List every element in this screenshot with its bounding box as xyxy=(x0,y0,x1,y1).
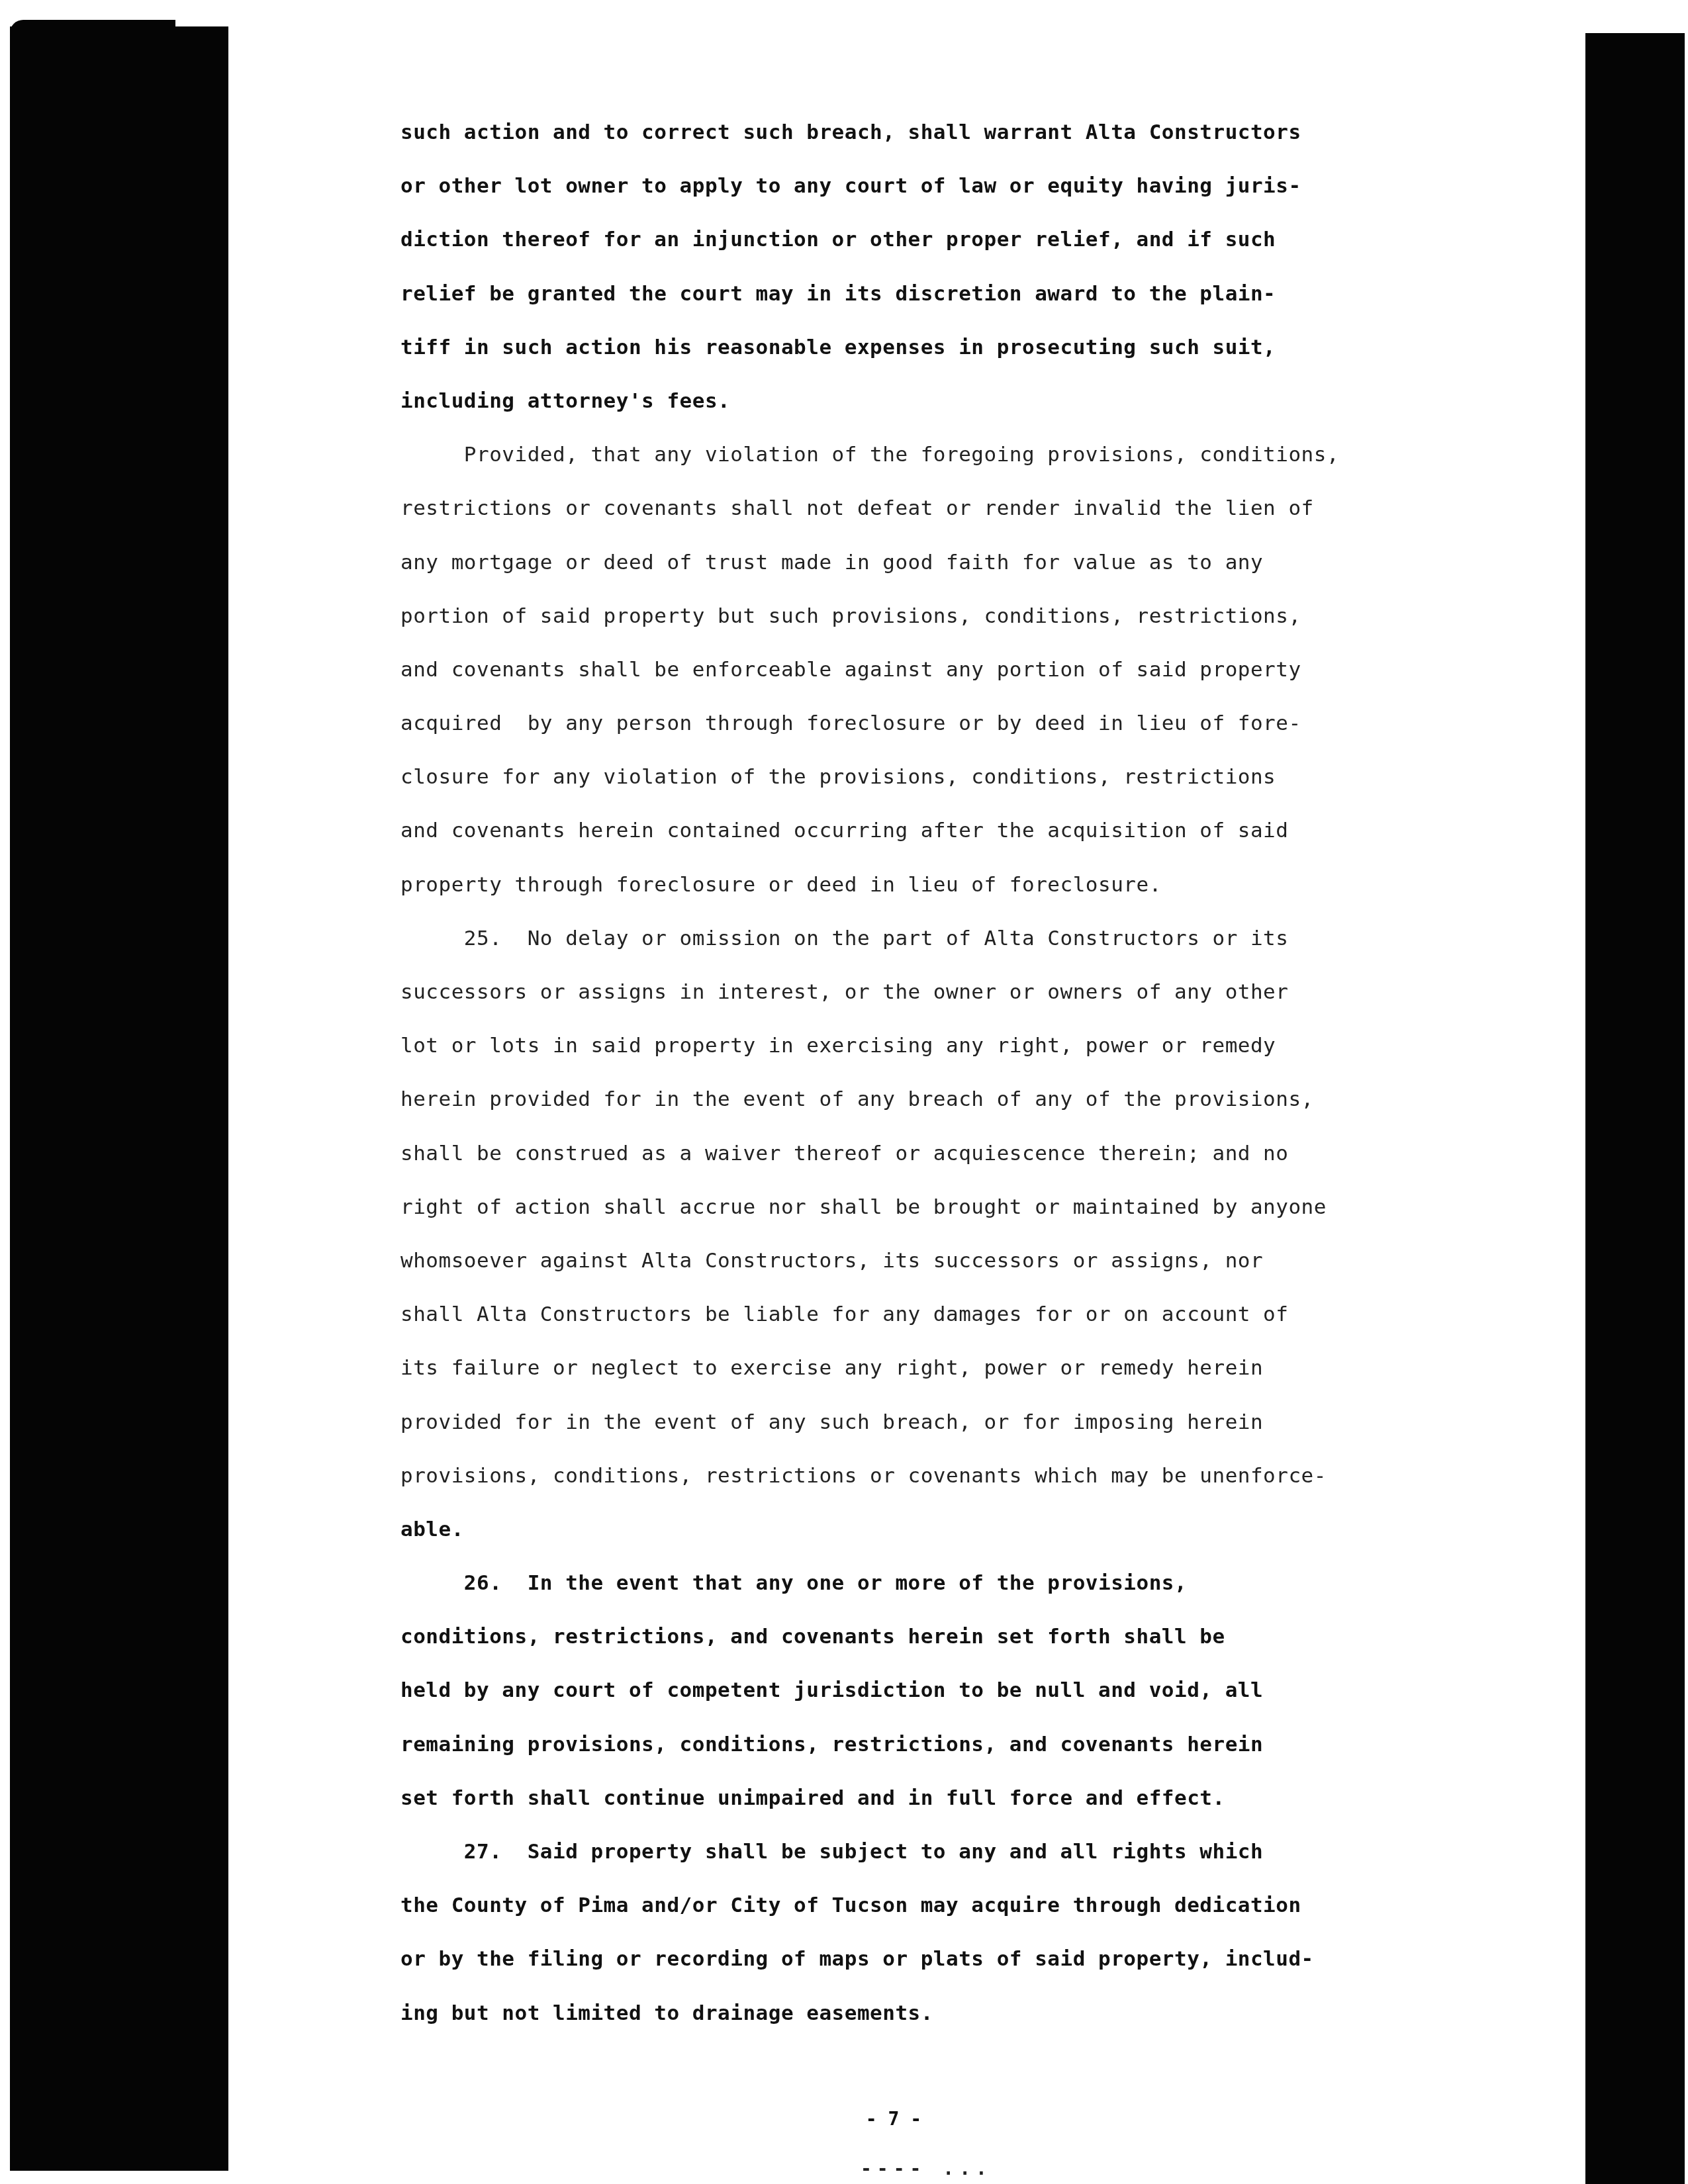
text-line: tiff in such action his reasonable expen… xyxy=(400,321,1433,375)
text-line: diction thereof for an injunction or oth… xyxy=(400,213,1433,267)
text-line: set forth shall continue unimpaired and … xyxy=(400,1772,1433,1825)
text-line: Provided, that any violation of the fore… xyxy=(400,428,1433,482)
text-line: or by the filing or recording of maps or… xyxy=(400,1933,1433,1986)
text-line: or other lot owner to apply to any court… xyxy=(400,159,1433,213)
text-line: and covenants shall be enforceable again… xyxy=(400,643,1433,697)
page-number: - 7 - xyxy=(827,2108,960,2130)
text-line: its failure or neglect to exercise any r… xyxy=(400,1342,1433,1395)
text-line: conditions, restrictions, and covenants … xyxy=(400,1610,1433,1664)
text-line: restrictions or covenants shall not defe… xyxy=(400,482,1433,535)
text-line: 27. Said property shall be subject to an… xyxy=(400,1825,1433,1879)
text-line: acquired by any person through foreclosu… xyxy=(400,697,1433,751)
text-line: whomsoever against Alta Constructors, it… xyxy=(400,1234,1433,1288)
text-line: property through foreclosure or deed in … xyxy=(400,858,1433,912)
scan-border-left xyxy=(10,26,228,2171)
text-line: the County of Pima and/or City of Tucson… xyxy=(400,1879,1433,1933)
text-line: portion of said property but such provis… xyxy=(400,590,1433,643)
text-line: right of action shall accrue nor shall b… xyxy=(400,1181,1433,1234)
text-line: able. xyxy=(400,1503,1433,1557)
text-line: provisions, conditions, restrictions or … xyxy=(400,1449,1433,1503)
text-line: provided for in the event of any such br… xyxy=(400,1396,1433,1449)
footer-mark: ---- ... xyxy=(861,2158,1112,2179)
text-line: shall Alta Constructors be liable for an… xyxy=(400,1288,1433,1342)
text-line: lot or lots in said property in exercisi… xyxy=(400,1019,1433,1073)
scan-border-right xyxy=(1585,33,1685,2184)
document-body: such action and to correct such breach, … xyxy=(400,106,1433,2040)
text-line: including attorney's fees. xyxy=(400,375,1433,428)
text-line: relief be granted the court may in its d… xyxy=(400,267,1433,321)
text-line: remaining provisions, conditions, restri… xyxy=(400,1718,1433,1772)
text-line: such action and to correct such breach, … xyxy=(400,106,1433,159)
text-line: successors or assigns in interest, or th… xyxy=(400,966,1433,1019)
text-line: shall be construed as a waiver thereof o… xyxy=(400,1127,1433,1181)
text-line: 25. No delay or omission on the part of … xyxy=(400,912,1433,966)
text-line: ing but not limited to drainage easement… xyxy=(400,1987,1433,2040)
text-line: closure for any violation of the provisi… xyxy=(400,751,1433,804)
text-line: herein provided for in the event of any … xyxy=(400,1073,1433,1126)
text-line: held by any court of competent jurisdict… xyxy=(400,1664,1433,1717)
text-line: 26. In the event that any one or more of… xyxy=(400,1557,1433,1610)
text-line: and covenants herein contained occurring… xyxy=(400,804,1433,858)
text-line: any mortgage or deed of trust made in go… xyxy=(400,536,1433,590)
